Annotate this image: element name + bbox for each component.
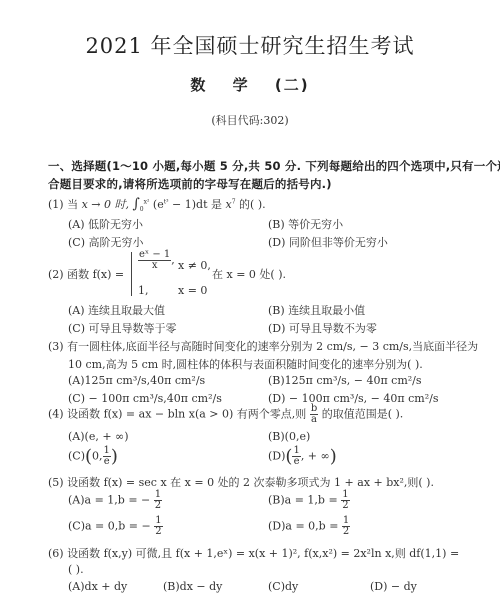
question-5-option-a[interactable]: (A)a = 1,b = − 12	[68, 490, 162, 511]
question-4-stem: (4) 设函数 f(x) = ax − bln x(a > 0) 有两个零点,则…	[48, 404, 403, 425]
question-1-option-b[interactable]: (B) 等价无穷小	[268, 216, 343, 232]
question-6-option-c[interactable]: (C)dy	[268, 580, 298, 593]
piecewise-brace	[131, 252, 138, 296]
question-2-case2-condition: x = 0	[178, 284, 207, 297]
section-instruction-line1: 一、选择题(1～10 小题,每小题 5 分,共 50 分. 下列每题给出的四个选…	[48, 158, 500, 174]
question-2-option-c[interactable]: (C) 可导且导数等于零	[68, 320, 177, 336]
question-1-stem: (1) 当 x → 0 时, ∫0x² (et³ − 1)dt 是 x7 的( …	[48, 196, 266, 213]
subject-code: (科目代码:302)	[0, 112, 500, 128]
exam-subject: 数 学 (二)	[0, 74, 500, 95]
question-6-option-a[interactable]: (A)dx + dy	[68, 580, 127, 593]
question-3-stem-line1: (3) 有一圆柱体,底面半径与高随时间变化的速率分别为 2 cm/s, − 3 …	[48, 338, 478, 354]
question-5-option-d[interactable]: (D)a = 0,b = 12	[268, 516, 350, 537]
question-2-option-a[interactable]: (A) 连续且取最大值	[68, 302, 165, 318]
question-6-stem-line2: ( ).	[68, 563, 84, 576]
exam-title: 2021 年全国硕士研究生招生考试	[0, 30, 500, 60]
question-6-option-d[interactable]: (D) − dy	[370, 580, 417, 593]
question-2-stem-prefix: (2) 函数 f(x) =	[48, 266, 124, 282]
question-3-option-a[interactable]: (A)125π cm³/s,40π cm²/s	[68, 374, 205, 387]
question-4-option-b[interactable]: (B)(0,e)	[268, 430, 310, 443]
question-6-option-b[interactable]: (B)dx − dy	[163, 580, 222, 593]
question-1-option-c[interactable]: (C) 高阶无穷小	[68, 234, 144, 250]
question-2-case1-condition: x ≠ 0,	[178, 259, 211, 272]
question-4-option-c[interactable]: (C)(0,1e)	[68, 446, 118, 467]
question-2-option-b[interactable]: (B) 连续且取最小值	[268, 302, 365, 318]
question-1-option-a[interactable]: (A) 低阶无穷小	[68, 216, 143, 232]
question-5-option-b[interactable]: (B)a = 1,b = 12	[268, 490, 350, 511]
question-3-option-b[interactable]: (B)125π cm³/s, − 40π cm²/s	[268, 374, 422, 387]
section-instruction-line2: 合题目要求的,请将所选项前的字母写在题后的括号内.)	[48, 176, 332, 192]
question-2-option-d[interactable]: (D) 可导且导数不为零	[268, 320, 377, 336]
question-2-case2-value: 1,	[138, 284, 149, 297]
question-3-stem-line2: 10 cm,高为 5 cm 时,圆柱体的体积与表面积随时间变化的速率分别为( )…	[68, 356, 423, 372]
question-2-stem-suffix: 在 x = 0 处( ).	[212, 266, 286, 282]
question-4-option-a[interactable]: (A)(e, + ∞)	[68, 430, 129, 443]
question-1-option-d[interactable]: (D) 同阶但非等价无穷小	[268, 234, 388, 250]
question-2-case1-expr: eˣ − 1x,	[138, 250, 175, 271]
question-4-option-d[interactable]: (D)(1e, + ∞)	[268, 446, 337, 467]
question-6-stem-line1: (6) 设函数 f(x,y) 可微,且 f(x + 1,eˣ) = x(x + …	[48, 545, 459, 561]
question-5-stem: (5) 设函数 f(x) = sec x 在 x = 0 处的 2 次泰勒多项式…	[48, 474, 434, 490]
question-5-option-c[interactable]: (C)a = 0,b = − 12	[68, 516, 163, 537]
